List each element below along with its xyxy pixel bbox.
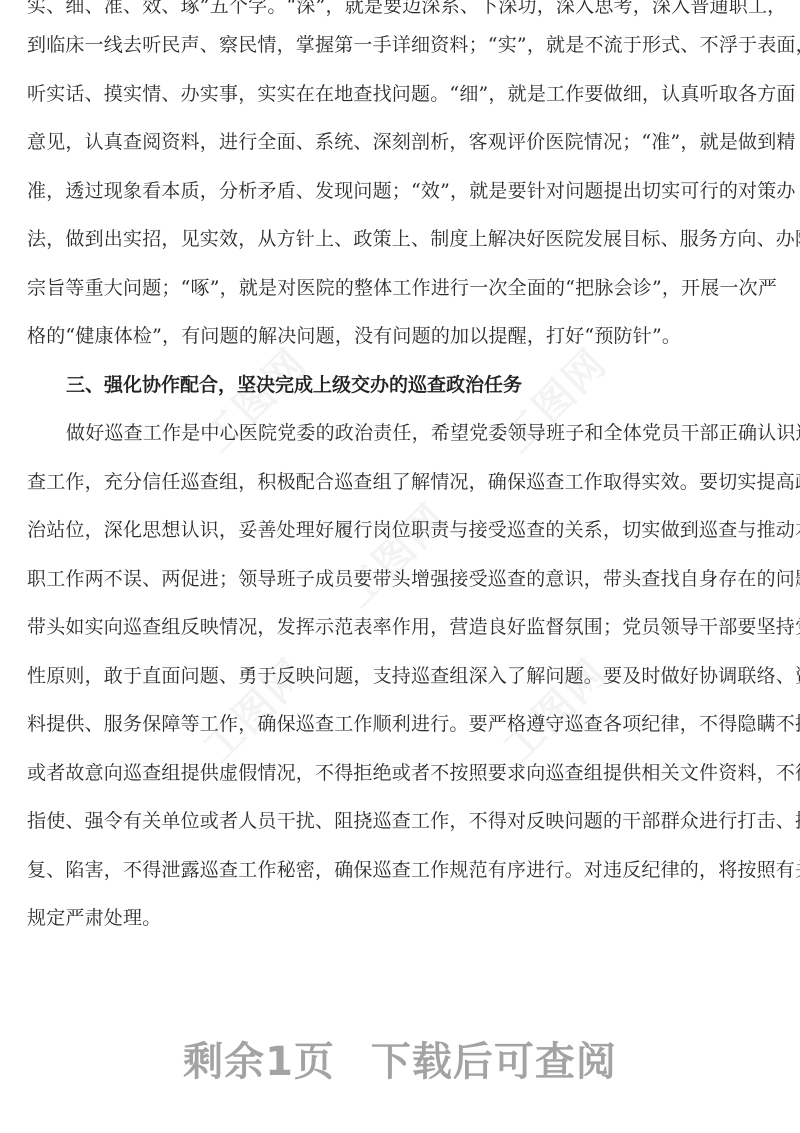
text-line: 职工作两不误、两促进；领导班子成员要带头增强接受巡查的意识，带头查找自身存在的问… [27, 567, 773, 591]
download-banner[interactable]: 剩余1页下载后可查阅 [0, 1030, 800, 1087]
remaining-pages-label: 剩余1页 [183, 1039, 335, 1085]
text-line: 带头如实向巡查组反映情况，发挥示范表率作用，营造良好监督氛围；党员领导干部要坚持… [27, 615, 773, 639]
download-to-view-label: 下载后可查阅 [371, 1039, 617, 1085]
watermark: 工图网 [328, 489, 457, 618]
text-line: 到临床一线去听民声、察民情，掌握第一手详细资料；“实”，就是不流于形式、不浮于表… [27, 33, 773, 57]
text-line: 实、细、准、效、琢”五个字。“深”，就是要迈深系、下深功，深入思考，深入普通职工… [27, 0, 773, 18]
text-line: 性原则，敢于直面问题、勇于反映问题，支持巡查组深入了解问题。要及时做好协调联络、… [27, 664, 773, 688]
text-line: 听实话、摸实情、办实事，实实在在地查找问题。“细”，就是工作要做细，认真听取各方… [27, 82, 773, 106]
text-line: 意见，认真查阅资料，进行全面、系统、深刻剖析，客观评价医院情况；“准”，就是做到… [27, 130, 773, 154]
text-line: 法，做到出实招，见实效，从方针上、政策上、制度上解决好医院发展目标、服务方向、办… [27, 227, 773, 251]
text-line: 治站位，深化思想认识，妥善处理好履行岗位职责与接受巡查的关系，切实做到巡查与推动… [27, 518, 773, 542]
text-line: 或者故意向巡查组提供虚假情况，不得拒绝或者不按照要求向巡查组提供相关文件资料，不… [27, 761, 773, 785]
text-line: 做好巡查工作是中心医院党委的政治责任，希望党委领导班子和全体党员干部正确认识巡 [66, 421, 773, 445]
text-line: 复、陷害，不得泄露巡查工作秘密，确保巡查工作规范有序进行。对违反纪律的，将按照有… [27, 858, 773, 882]
text-line: 格的“健康体检”，有问题的解决问题，没有问题的加以提醒，打好“预防针”。 [27, 324, 773, 348]
document-page: 工图网 工图网 工图网 工图网 工图网 实、细、准、效、琢”五个字。“深”，就是… [0, 0, 800, 1133]
text-line: 规定严肃处理。 [27, 906, 773, 930]
text-line: 查工作，充分信任巡查组，积极配合巡查组了解情况，确保巡查工作取得实效。要切实提高… [27, 470, 773, 494]
text-line: 指使、强令有关单位或者人员干扰、阻挠巡查工作，不得对反映问题的干部群众进行打击、… [27, 809, 773, 833]
text-line: 料提供、服务保障等工作，确保巡查工作顺利进行。要严格遵守巡查各项纪律，不得隐瞒不… [27, 712, 773, 736]
text-line: 宗旨等重大问题；“啄”，就是对医院的整体工作进行一次全面的“把脉会诊”，开展一次… [27, 276, 773, 300]
text-line: 准，透过现象看本质，分析矛盾、发现问题；“效”，就是要针对问题提出切实可行的对策… [27, 179, 773, 203]
section-heading: 三、强化协作配合，坚决完成上级交办的巡查政治任务 [66, 373, 522, 397]
